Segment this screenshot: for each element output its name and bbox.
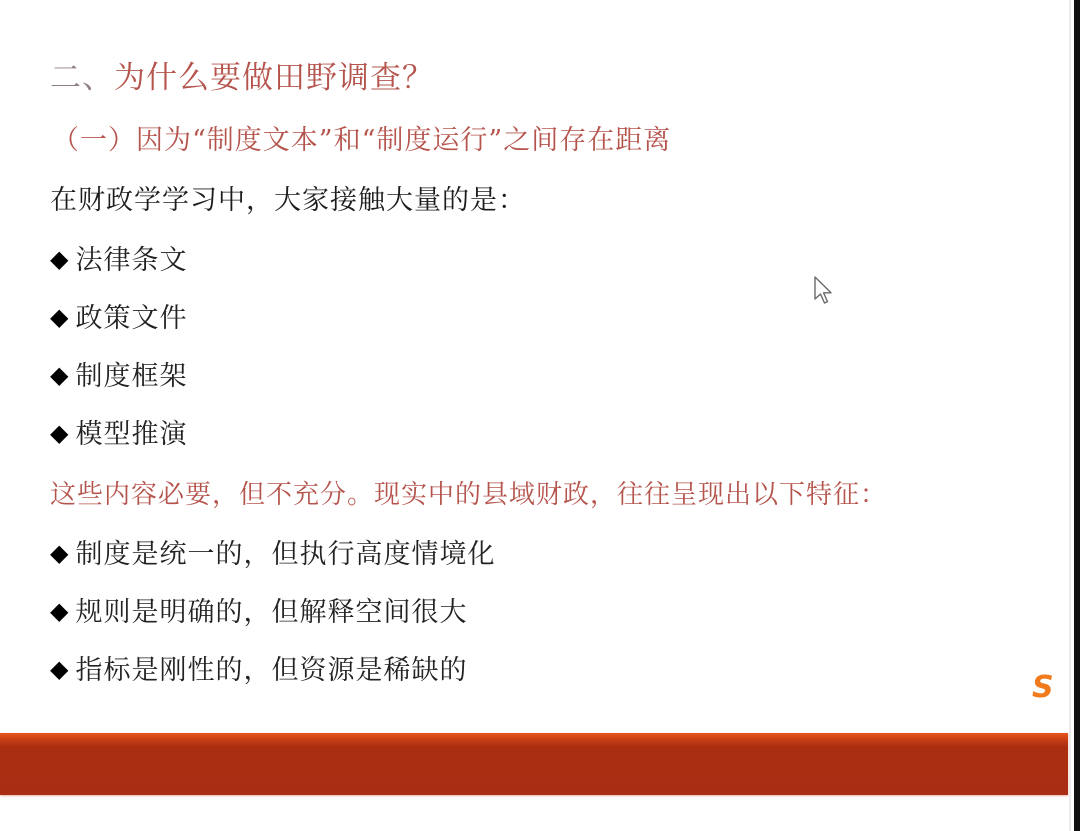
bullet-text: 模型推演 — [75, 419, 187, 450]
diamond-bullet-icon: ◆ — [50, 245, 69, 273]
bullet-text: 指标是刚性的，但资源是稀缺的 — [75, 655, 467, 686]
note-text: 这些内容必要，但不充分。现实中的县域财政，往往呈现出以下特征： — [50, 474, 887, 511]
diamond-bullet-icon: ◆ — [50, 655, 69, 683]
window-edge — [1074, 0, 1080, 831]
bullet-text: 规则是明确的，但解释空间很大 — [75, 597, 467, 628]
intro-text: 在财政学学习中，大家接触大量的是： — [50, 178, 526, 217]
footer-bar — [0, 733, 1068, 795]
slide-subtitle: （一）因为“制度文本”和“制度运行”之间存在距离 — [52, 118, 671, 157]
diamond-bullet-icon: ◆ — [50, 419, 69, 447]
window-edge-highlight — [1069, 0, 1071, 831]
bullet-item: ◆模型推演 — [50, 412, 187, 451]
bullet-text: 制度框架 — [75, 361, 187, 392]
bullet-item: ◆制度是统一的，但执行高度情境化 — [50, 532, 495, 571]
title-number: 二、 — [50, 60, 114, 96]
bullet-item: ◆制度框架 — [50, 354, 187, 393]
bullet-item: ◆规则是明确的，但解释空间很大 — [50, 590, 467, 629]
bullet-item: ◆指标是刚性的，但资源是稀缺的 — [50, 648, 467, 687]
mouse-pointer-icon — [812, 275, 836, 307]
bullet-text: 法律条文 — [75, 245, 187, 276]
diamond-bullet-icon: ◆ — [50, 361, 69, 389]
diamond-bullet-icon: ◆ — [50, 303, 69, 331]
bullet-text: 制度是统一的，但执行高度情境化 — [75, 539, 495, 570]
brand-logo-icon: S — [1032, 673, 1054, 703]
bullet-item: ◆政策文件 — [50, 296, 187, 335]
slide-title: 二、为什么要做田野调查？ — [50, 52, 434, 97]
bullet-text: 政策文件 — [75, 303, 187, 334]
presentation-slide: 二、为什么要做田野调查？ （一）因为“制度文本”和“制度运行”之间存在距离 在财… — [0, 0, 1074, 831]
bullet-item: ◆法律条文 — [50, 238, 187, 277]
diamond-bullet-icon: ◆ — [50, 539, 69, 567]
title-text: 为什么要做田野调查？ — [114, 60, 434, 96]
diamond-bullet-icon: ◆ — [50, 597, 69, 625]
